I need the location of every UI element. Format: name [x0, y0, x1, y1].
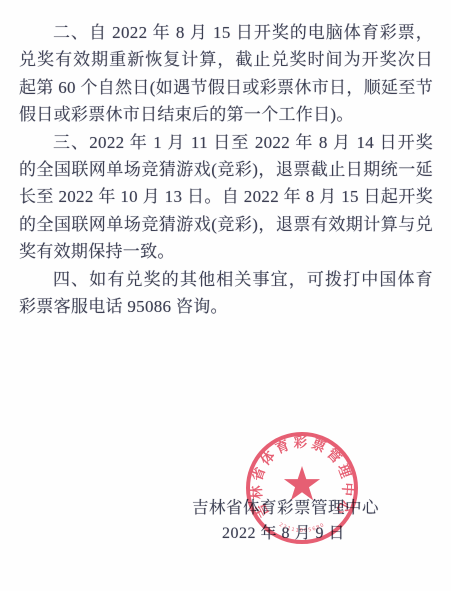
- paragraph-item-2: 二、自 2022 年 8 月 15 日开奖的电脑体育彩票，兑奖有效期重新恢复计算…: [19, 19, 433, 129]
- official-seal: 吉林省体育彩票管理中心 22111005680: [244, 430, 360, 546]
- seal-serial-number: 22111005680: [278, 522, 326, 534]
- document-body: 二、自 2022 年 8 月 15 日开奖的电脑体育彩票，兑奖有效期重新恢复计算…: [19, 19, 433, 320]
- paragraph-item-4: 四、如有兑奖的其他相关事宜，可拨打中国体育彩票客服电话 95086 咨询。: [19, 266, 433, 321]
- paragraph-item-3: 三、2022 年 1 月 11 日至 2022 年 8 月 14 日开奖的全国联…: [19, 129, 433, 266]
- svg-text:22111005680: 22111005680: [278, 522, 326, 534]
- document-page: 二、自 2022 年 8 月 15 日开奖的电脑体育彩票，兑奖有效期重新恢复计算…: [0, 0, 451, 591]
- star-icon: [284, 466, 320, 500]
